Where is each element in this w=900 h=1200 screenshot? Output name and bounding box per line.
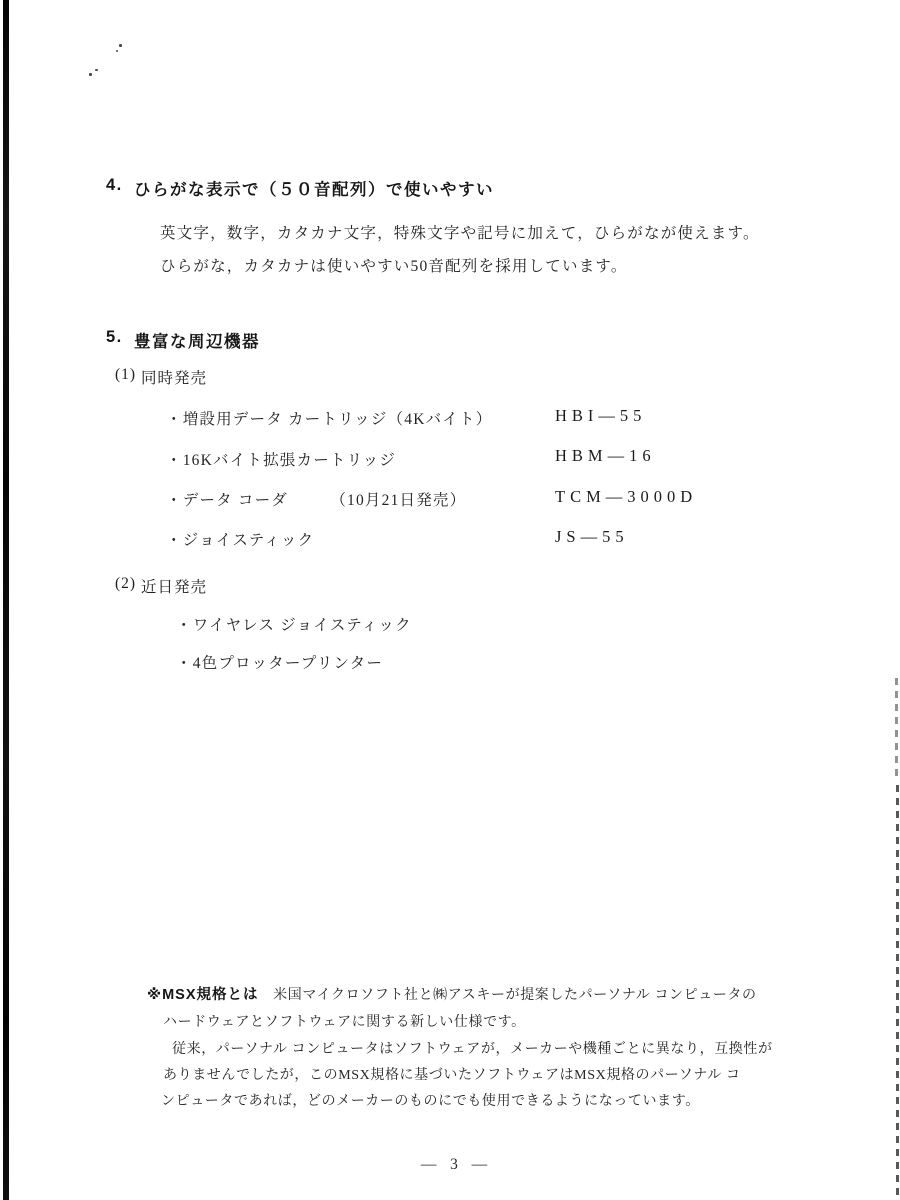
- peripheral-item-label: ・増設用データ カートリッジ（4Kバイト）: [166, 407, 492, 429]
- section-5-title: 豊富な周辺機器: [134, 328, 260, 352]
- peripheral-item-label: ・ジョイスティック: [166, 528, 314, 550]
- subsection-2-title: 近日発売: [141, 575, 207, 597]
- product-code: HBI—55: [555, 406, 646, 426]
- peripheral-item-label: ・データ コーダ （10月21日発売）: [166, 488, 466, 510]
- footnote-msx-bold: ※MSX規格とは: [147, 987, 259, 1003]
- subsection-2-label: (2): [115, 575, 136, 593]
- upcoming-item-label: ・ワイヤレス ジョイスティック: [176, 613, 412, 635]
- scan-speck: [89, 73, 92, 76]
- footnote-line-5: ンピュータであれば，どのメーカーのものにでも使用できるようになっています。: [161, 1090, 700, 1110]
- footnote-line-1-rest: 米国マイクロソフト社と㈱アスキーが提案したパーソナル コンピュータの: [259, 988, 757, 1003]
- subsection-1-label: (1): [115, 366, 136, 384]
- scanned-document-page: 4. ひらがな表示で（５０音配列）で使いやすい 英文字，数字，カタカナ文字，特殊…: [0, 0, 900, 1200]
- section-4-paragraph-line-2: ひらがな，カタカナは使いやすい50音配列を採用しています。: [160, 254, 628, 276]
- peripheral-item-label: ・16Kバイト拡張カートリッジ: [166, 448, 396, 470]
- scan-speck: [95, 69, 98, 71]
- subsection-1-title: 同時発売: [141, 366, 207, 388]
- scan-edge-bar-left: [3, 0, 9, 1200]
- scan-dashed-line-right-upper: [895, 678, 898, 778]
- product-code: TCM—3000D: [555, 487, 697, 507]
- section-5-number: 5.: [106, 328, 123, 347]
- section-4-paragraph-line-1: 英文字，数字，カタカナ文字，特殊文字や記号に加えて，ひらがなが使えます。: [160, 221, 760, 243]
- footnote-line-4: ありませんでしたが，このMSX規格に基づいたソフトウェアはMSX規格のパーソナル…: [163, 1064, 741, 1084]
- footnote-line-3: 従来，パーソナル コンピュータはソフトウェアが，メーカーや機種ごとに異なり，互換…: [172, 1038, 773, 1058]
- upcoming-item-label: ・4色プロッタープリンター: [176, 651, 383, 673]
- scan-dashed-line-right-lower: [896, 785, 899, 1200]
- section-4-number: 4.: [106, 176, 123, 195]
- product-code: JS—55: [555, 527, 629, 547]
- page-number: — 3 —: [360, 1156, 550, 1174]
- product-code: HBM—16: [555, 446, 656, 466]
- footnote-line-1: ※MSX規格とは 米国マイクロソフト社と㈱アスキーが提案したパーソナル コンピュ…: [147, 983, 757, 1004]
- section-4-title: ひらがな表示で（５０音配列）で使いやすい: [134, 176, 494, 200]
- scan-speck: [116, 50, 118, 52]
- footnote-line-2: ハードウェアとソフトウェアに関する新しい仕様です。: [163, 1011, 526, 1031]
- scan-speck: [119, 44, 122, 47]
